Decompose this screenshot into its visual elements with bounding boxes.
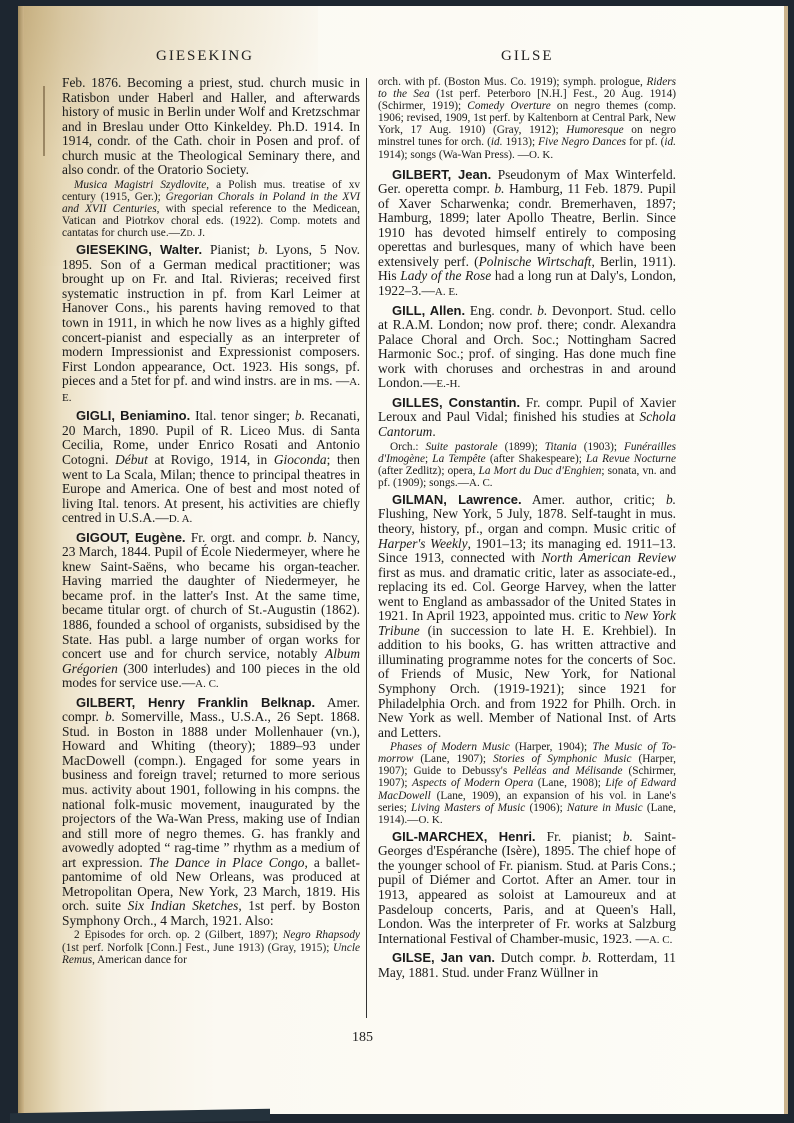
- author-signature: A. E.: [435, 286, 458, 298]
- entry-headword: GIGOUT, Eugène.: [76, 530, 186, 545]
- author-signature: Zd. J.: [180, 227, 205, 239]
- entry-gigli: GIGLI, Beniamino. Ital. tenor singer; b.…: [62, 409, 360, 526]
- entry-gieseking: GIESEKING, Walter. Pianist; b. Lyons, 5 …: [62, 243, 360, 405]
- entry-headword: GIGLI, Beniamino.: [76, 408, 190, 423]
- page-number: 185: [352, 1030, 373, 1046]
- author-signature: O. K.: [418, 814, 442, 826]
- entry-gilles: GILLES, Constantin. Fr. compr. Pupil of …: [378, 396, 676, 440]
- author-signature: A. C.: [195, 678, 219, 690]
- works-list: 2 Episodes for orch. op. 2 (Gilbert, 189…: [62, 929, 360, 965]
- entry-headword: GIL-MARCHEX, Henri.: [392, 829, 536, 844]
- left-column: Feb. 1876. Becoming a priest, stud. chur…: [62, 76, 360, 966]
- works-list-continued: orch. with pf. (Boston Mus. Co. 1919); s…: [378, 76, 676, 161]
- entry-gill: GILL, Allen. Eng. condr. b. Devonport. S…: [378, 304, 676, 392]
- author-signature: E.-H.: [436, 378, 460, 390]
- running-head-right: GILSE: [501, 48, 554, 65]
- running-head-left: GIESEKING: [156, 48, 254, 65]
- author-signature: A. C.: [649, 934, 673, 946]
- continued-entry-text: Feb. 1876. Becoming a priest, stud. chur…: [62, 76, 360, 178]
- works-list: Phases of Modern Music (Harper, 1904); T…: [378, 741, 676, 826]
- author-signature: O. K.: [529, 149, 553, 161]
- author-signature: D. A.: [169, 513, 193, 525]
- entry-headword: GILBERT, Jean.: [392, 167, 491, 182]
- entry-headword: GILBERT, Henry Franklin Belknap.: [76, 695, 315, 710]
- right-column: orch. with pf. (Boston Mus. Co. 1919); s…: [378, 76, 676, 980]
- author-signature: A. C.: [469, 477, 493, 489]
- book-spine-edge: [18, 6, 24, 1114]
- entry-headword: GILSE, Jan van.: [392, 950, 495, 965]
- entry-gilbert-jean: GILBERT, Jean. Pseudonym of Max Winterfe…: [378, 168, 676, 300]
- entry-gilse: GILSE, Jan van. Dutch compr. b. Rotterda…: [378, 951, 676, 980]
- entry-gilman: GILMAN, Lawrence. Amer. author, critic; …: [378, 493, 676, 740]
- page-right-edge: [784, 6, 788, 1114]
- entry-gigout: GIGOUT, Eugène. Fr. orgt. and compr. b. …: [62, 531, 360, 692]
- entry-headword: GILL, Allen.: [392, 303, 465, 318]
- entry-gilbert-henry: GILBERT, Henry Franklin Belknap. Amer. c…: [62, 696, 360, 929]
- entry-headword: GIESEKING, Walter.: [76, 242, 202, 257]
- column-divider: [366, 78, 367, 1018]
- entry-headword: GILMAN, Lawrence.: [392, 492, 522, 507]
- gutter-shadow: [43, 86, 45, 156]
- entry-gil-marchex: GIL-MARCHEX, Henri. Fr. pianist; b. Sain…: [378, 830, 676, 947]
- works-list: Musica Magistri Szydlovite, a Polish mus…: [62, 179, 360, 239]
- entry-headword: GILLES, Constantin.: [392, 395, 520, 410]
- works-list: Orch.: Suite pastorale (1899); Titania (…: [378, 441, 676, 489]
